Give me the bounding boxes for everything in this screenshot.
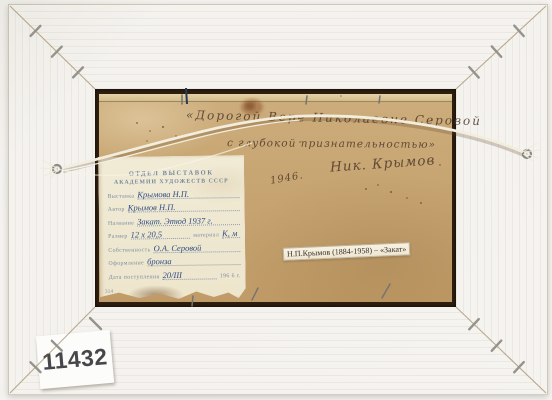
field-value: Крымов Н.П. (128, 202, 240, 213)
field-name: Оформление (108, 260, 144, 266)
inventory-sticker: 11432 (36, 330, 114, 389)
field-name: Название (108, 220, 134, 226)
backing-board-edge (99, 94, 452, 102)
field-value: 20/III (163, 270, 217, 280)
exhibition-label: ОТДЕЛ ВЫСТАВОК АКАДЕМИИ ХУДОЖЕСТВ СССР В… (98, 155, 246, 300)
dedication-line-2: с глубокой признательностью» (227, 137, 436, 151)
field-value-2: К, м (222, 229, 240, 238)
field-value: 12 х 20,5 (131, 230, 191, 240)
label-form-number: 314 (105, 289, 113, 295)
label-row-size-material: Размер 12 х 20,5 материал К, м (108, 229, 240, 240)
field-value: Закат. Этюд 1937 г. (137, 216, 240, 226)
label-row-exhibition: Выставка Крымова Н.П. (107, 189, 239, 200)
label-row-framing: Оформление бронза (108, 256, 240, 267)
field-name: Размер (108, 234, 128, 240)
label-row-owner: Собственность О.А. Серовой (108, 243, 240, 254)
field-name: Выставка (108, 193, 135, 199)
field-name-2: материал (193, 232, 219, 238)
label-header-line1: ОТДЕЛ ВЫСТАВОК (98, 169, 244, 178)
field-value: Крымова Н.П. (137, 189, 239, 199)
field-name: Собственность (108, 247, 150, 254)
field-value-printed-year: 196 6 г. (220, 273, 241, 279)
inventory-number: 11432 (41, 343, 108, 376)
label-row-title: Название Закат. Этюд 1937 г. (108, 216, 240, 227)
field-name: Дата поступления (109, 274, 160, 281)
label-row-author: Автор Крымов Н.П. (108, 202, 240, 213)
field-name: Автор (108, 207, 125, 213)
field-value: О.А. Серовой (154, 243, 241, 253)
label-row-date: Дата поступления 20/III 196 6 г. (109, 270, 241, 281)
label-header-line2: АКАДЕМИИ ХУДОЖЕСТВ СССР (98, 178, 244, 186)
field-value: бронза (147, 256, 241, 266)
photo-of-painting-back: «Дорогой Вере Николаевне Серовой с глубо… (0, 0, 552, 400)
